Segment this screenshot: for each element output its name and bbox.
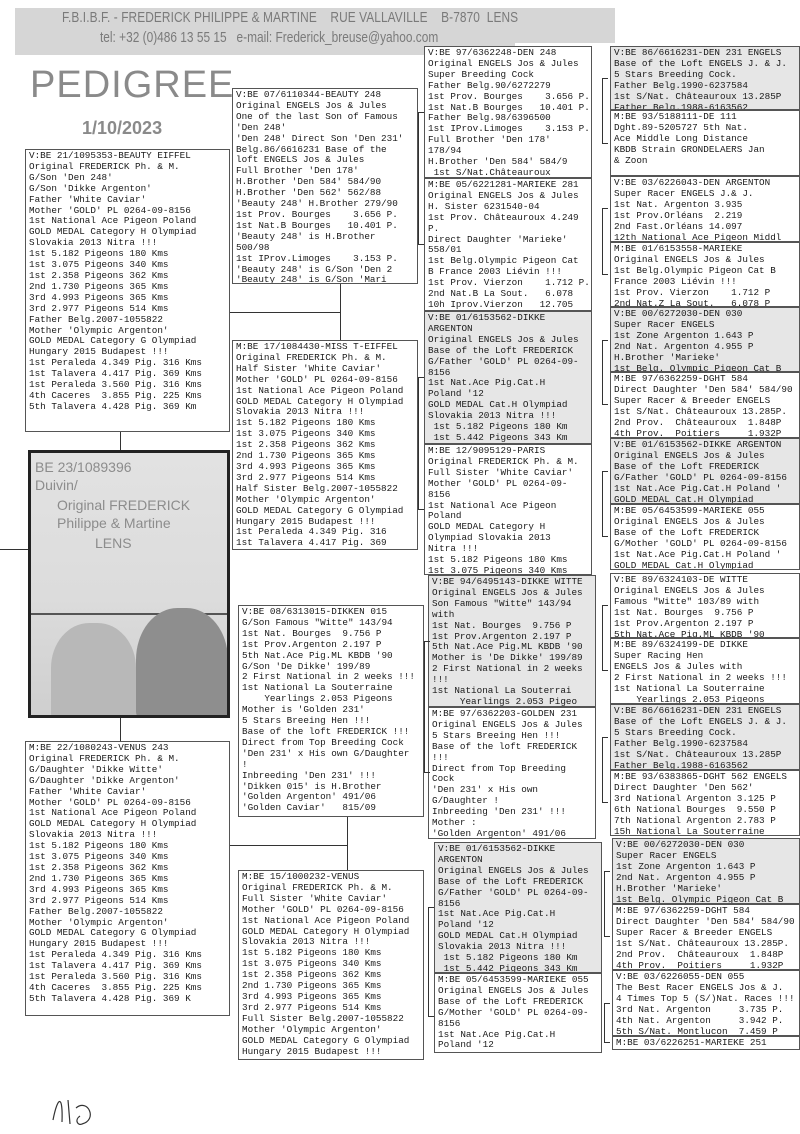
connector-bracket — [602, 605, 608, 671]
connector-bracket — [604, 1003, 610, 1043]
grandparent-card: M:BE 17/1084430-MISS T-EIFFELOriginal FR… — [232, 340, 418, 550]
pedigree-text-line: 1st National La Souterraine — [614, 684, 796, 695]
pedigree-text-line: 1st National Ace Pigeon Poland — [242, 916, 420, 927]
pedigree-text-line: 2 First National in 2 weeks — [432, 664, 592, 675]
pedigree-text-line: KBDB Strain GRONDELAERS Jan — [614, 145, 796, 156]
pedigree-text-line: 1st Nat. Bourges 9.756 P — [432, 621, 592, 632]
pedigree-text-line: Mother 'Olympic Argenton' — [242, 1025, 420, 1036]
great-great-grandparent-card: M:BE 89/6324199-DE DIKKESuper Racing Hen… — [610, 638, 800, 704]
pedigree-text-line: Base of the Loft FREDERICK — [438, 877, 598, 888]
pedigree-text-line: Base of the loft FREDERICK — [432, 742, 592, 753]
pedigree-text-line: 4th Prov. Poitiers 1.932P — [614, 429, 796, 438]
pedigree-text-line: H.Brother 'Marieke' — [616, 884, 796, 895]
pedigree-text-line: 1st S/Nat. Châteauroux 13.285P. — [616, 939, 796, 950]
pedigree-text-line: P. — [428, 224, 588, 235]
pedigree-text-line: 'Den 248' — [236, 123, 414, 134]
pedigree-text-line: G/Father 'GOLD' PL 0264-09-8156 — [614, 473, 796, 484]
pedigree-text-line: 5th Talavera 4.428 Pig. 369 K — [29, 994, 226, 1005]
pedigree-text-line: Father Belg.1988-6163562 — [614, 103, 796, 110]
pedigree-text-line: G/Father 'GOLD' PL 0264-09- — [438, 888, 598, 899]
pedigree-text-line: 1st 3.075 Pigeons 340 Kms — [428, 566, 588, 575]
subject-breeder-line1: Original FREDERICK — [57, 497, 190, 513]
pedigree-text-line: G/Father 'GOLD' PL 0264-09- — [428, 357, 588, 368]
pedigree-text-line: 1st Nat.Ace Pig.Cat.H Poland ' — [614, 550, 796, 561]
great-great-grandparent-card: V:BE 03/6226055-DEN 055The Best Racer EN… — [612, 970, 800, 1036]
pedigree-text-line: & Zoon — [614, 156, 796, 167]
pedigree-text-line: 1st Prov.Argenton 2.197 P — [242, 640, 420, 651]
pedigree-text-line: 10h Iprov.Vierzon 12.705 — [428, 300, 588, 311]
pedigree-text-line: 8156 — [438, 1019, 598, 1030]
great-grandparent-card: V:BE 97/6362248-DEN 248Original ENGELS J… — [424, 46, 592, 178]
connector-bracket — [602, 471, 608, 537]
connector-line — [340, 284, 341, 340]
pedigree-text-line: 1st Nat.Ace Pig.Cat.H Poland ' — [614, 484, 796, 495]
great-grandparent-card: M:BE 12/9095129-PARISOriginal FREDERICK … — [424, 444, 592, 575]
pedigree-text-line: 'Den 248' Direct Son 'Den 231' — [236, 134, 414, 145]
great-great-grandparent-card: M:BE 97/6362259-DGHT 584Direct Daughter … — [612, 904, 800, 970]
pedigree-text-line: Father 'White Caviar' — [29, 195, 226, 206]
pedigree-text-line: 5th Nat.Ace Pig.ML KBDB '90 — [614, 630, 796, 638]
pedigree-text-line: with — [432, 610, 592, 621]
pedigree-text-line: Father Belg.1988-6163562 — [614, 761, 796, 770]
pedigree-text-line: 4th Nat. Argenton 3.942 P. — [616, 1016, 796, 1027]
pedigree-text-line: 1st Prov.Orléans 2.219 — [614, 211, 796, 222]
great-great-grandparent-card: M:BE 97/6362259-DGHT 584Direct Daughter … — [610, 372, 800, 438]
connector-bracket — [602, 208, 608, 275]
pedigree-text-line: 6th National Bourges 9.550 P — [614, 805, 796, 816]
great-great-grandparent-card: V:BE 01/6153562-DIKKE ARGENTONOriginal E… — [610, 438, 800, 504]
great-great-grandparent-card: M:BE 01/6153558-MARIEKEOriginal ENGELS J… — [610, 242, 800, 307]
great-great-grandparent-card: M:BE 93/5188111-DE 111Dght.89-5205727 5t… — [610, 110, 800, 176]
pedigree-date: 1/10/2023 — [82, 118, 162, 139]
pedigree-text-line: Father 'White Caviar' — [29, 787, 226, 798]
pedigree-text-line: G/Daughter 'Dikke Argenton' — [29, 776, 226, 787]
connector-bracket — [424, 641, 430, 773]
pedigree-text-line: 500/98 — [236, 243, 414, 254]
pedigree-text-line: 1st Talavera 4.417 Pig. 369 — [236, 538, 414, 549]
pedigree-text-line: Mother 'GOLD' PL 0264-09-8156 — [242, 905, 420, 916]
pedigree-text-line: Father Belg.1990-6237584 — [614, 81, 796, 92]
great-great-grandparent-card: M:BE 93/6383865-DGHT 562 ENGELSDirect Da… — [610, 770, 800, 836]
letterhead-address: F.B.I.B.F. - FREDERICK PHILIPPE & MARTIN… — [62, 10, 669, 26]
subject-breeder-line3: LENS — [95, 535, 132, 551]
letterhead-contact: tel: +32 (0)486 13 55 15 e-mail: Frederi… — [100, 30, 674, 46]
connector-bracket — [604, 871, 610, 937]
pedigree-text-line: G/Mother 'GOLD' PL 0264-09-8156 — [614, 539, 796, 550]
pedigree-text-line: Mother 'GOLD' PL 0264-09-8156 — [236, 375, 414, 386]
pedigree-text-line: 1st Prov. Vierzon 1.712 P — [614, 288, 796, 299]
connector-bracket — [418, 377, 424, 510]
pedigree-text-line: Direct from Top Breeding — [432, 764, 592, 775]
pedigree-text-line: GOLD MEDAL Category G Olympiad — [236, 506, 414, 517]
connector-line — [120, 432, 121, 450]
great-great-grandparent-card: M:BE 03/6226251-MARIEKE 251 — [612, 1036, 800, 1050]
pedigree-text-line: 'Golden Argenton' 491/06 — [432, 829, 592, 839]
pedigree-text-line: Father Belg.1990-6237584 — [614, 739, 796, 750]
great-grandparent-card: V:BE 01/6153562-DIKKEARGENTONOriginal EN… — [424, 311, 592, 444]
pedigree-text-line: Hungary 2015 Budapest !!! — [242, 1047, 420, 1058]
pedigree-text-line: 3rd 2.977 Pigeons 514 Kms — [29, 304, 226, 315]
pedigree-text-line: 1st S/Nat. Châteauroux 13.285P. — [614, 407, 796, 418]
pedigree-text-line: G/Mother 'GOLD' PL 0264-09- — [438, 1008, 598, 1019]
pedigree-text-line: 3rd Nat. Argenton 3.735 P. — [616, 1005, 796, 1016]
connector-line — [230, 312, 340, 313]
great-great-grandparent-card: V:BE 03/6226043-DEN ARGENTONSuper Racer … — [610, 176, 800, 242]
connector-line — [120, 718, 121, 741]
pedigree-text-line: 1st Nat. Bourges 9.756 P — [614, 608, 796, 619]
connector-bracket — [418, 112, 424, 245]
subject-ring-number: BE 23/1089396 — [35, 459, 132, 475]
great-great-grandparent-card: M:BE 05/6453599-MARIEKE 055Original ENGE… — [610, 504, 800, 570]
pedigree-text-line: 5th Nat.Ace Pig.ML KBDB '90 — [242, 651, 420, 662]
pedigree-text-line: Father Belg.2007-1055822 — [29, 907, 226, 918]
great-great-grandparent-card: V:BE 00/6272030-DEN 030Super Racer ENGEL… — [610, 307, 800, 372]
pedigree-text-line: H.Brother 'Marieke' — [614, 353, 796, 364]
pedigree-text-line: France 2003 Liévin !!! — [614, 277, 796, 288]
pedigree-text-line: 'Golden Caviar' 815/09 — [242, 803, 420, 814]
connector-bracket — [602, 737, 608, 803]
subject-breeder-line2: Philippe & Martine — [57, 515, 171, 531]
pedigree-text-line: G/Son 'Dikke Argenton' — [29, 184, 226, 195]
pedigree-text-line: 2nd Prov. Châteauroux 1.848P — [614, 418, 796, 429]
pedigree-text-line: 1st 5.442 Pigeons 343 Km — [428, 433, 588, 444]
connector-line — [347, 817, 348, 870]
pedigree-text-line: GOLD MEDAL Category G Olympiad — [242, 1036, 420, 1047]
pedigree-text-line: 1st Prov. Bourges 3.656 P. — [428, 92, 588, 103]
pedigree-text-line: 1st S/Nat. Châteauroux 13.285P — [614, 92, 796, 103]
connector-bracket — [602, 340, 608, 405]
pedigree-text-line: 5th S/Nat. Montlucon 7.459 P — [616, 1027, 796, 1036]
pedigree-text-line: 15h National La Souterraine — [614, 827, 796, 836]
photo-person-woman — [51, 623, 136, 718]
pedigree-text-line: GOLD MEDAL Cat.H Olympiad — [614, 561, 796, 570]
grandparent-card: M:BE 15/1000232-VENUSOriginal FREDERICK … — [238, 870, 424, 1060]
page-title: PEDIGREE — [30, 64, 234, 107]
pedigree-text-line: 1st National Ace Pigeon Poland — [236, 386, 414, 397]
pedigree-text-line: GOLD MEDAL Cat.H Olympiad — [614, 495, 796, 504]
pedigree-text-line: 1st S/Nat.Châteauroux — [428, 168, 588, 178]
pedigree-text-line: 5th Talavera 4.428 Pig. 369 Km — [29, 402, 226, 413]
pedigree-text-line: 1st Prov.Argenton 2.197 P — [614, 619, 796, 630]
connector-line — [230, 845, 347, 846]
pedigree-text-line: Father Belg.90/6272279 — [428, 81, 588, 92]
pedigree-text-line: 1st Belg. Olympic Pigeon Cat B — [616, 895, 796, 904]
pedigree-text-line: 2nd Nat.Z La Sout. 6.078 P — [614, 299, 796, 307]
connector-line — [0, 549, 28, 550]
pedigree-text-line: 1st 5.442 Pigeons 343 Km — [438, 964, 598, 973]
pedigree-text-line: 2nd Nat. Argenton 4.955 P — [616, 873, 796, 884]
pedigree-text-line: 'Beauty 248' is G/Son 'Mari — [236, 275, 414, 284]
pedigree-text-line: Mother 'GOLD' PL 0264-09- — [428, 479, 588, 490]
pedigree-text-line: Yearlings 2.053 Pigeo — [432, 697, 592, 707]
pedigree-text-line: 4th Prov. Poitiers 1.932P — [616, 961, 796, 970]
great-great-grandparent-card: V:BE 86/6616231-DEN 231 ENGELSBase of th… — [610, 704, 800, 770]
pedigree-text-line: Mother 'Olympic Argenton' — [236, 495, 414, 506]
great-grandparent-card: M:BE 97/6362203-GOLDEN 231Original ENGEL… — [428, 707, 596, 839]
great-great-grandparent-card: V:BE 86/6616231-DEN 231 ENGELSBase of th… — [610, 46, 800, 110]
great-great-grandparent-card: V:BE 89/6324103-DE WITTEOriginal ENGELS … — [610, 573, 800, 638]
pedigree-text-line: 2nd Nat. Argenton 4.955 P — [614, 342, 796, 353]
grandparent-card: V:BE 07/6110344-BEAUTY 248Original ENGEL… — [232, 88, 418, 284]
great-grandparent-card: V:BE 94/6495143-DIKKE WITTEOriginal ENGE… — [428, 575, 596, 707]
subject-sex: Duivin/ — [35, 477, 78, 493]
photo-person-man — [136, 608, 228, 718]
pedigree-text-line: Inbreeding 'Den 231' !!! — [242, 771, 420, 782]
father-card: V:BE 21/1095353-BEAUTY EIFFELOriginal FR… — [25, 149, 230, 432]
signature-scribble — [48, 1090, 118, 1130]
pedigree-text-line: 2nd Fast.Orléans 14.097 — [614, 222, 796, 233]
pedigree-text-line: 3rd 2.977 Pigeons 514 Kms — [29, 896, 226, 907]
connector-bracket — [428, 907, 434, 1017]
ring-number-line: M:BE 03/6226251-MARIEKE 251 — [616, 1038, 796, 1049]
pedigree-text-line: 1st IProv.Limoges 3.153 P. — [236, 254, 414, 265]
pedigree-text-line: 7th National Argenton 2.783 P — [614, 816, 796, 827]
pedigree-text-line: 8156 — [428, 490, 588, 501]
pedigree-text-line: 12th National Ace Pigeon Middl — [614, 233, 796, 242]
pedigree-text-line: Son Famous "Witte" 143/94 — [432, 599, 592, 610]
grandparent-card: V:BE 08/6313015-DIKKEN 015G/Son Famous "… — [238, 605, 424, 817]
pedigree-text-line: 2 First National in 2 weeks !!! — [614, 673, 796, 684]
great-grandparent-card: M:BE 05/6453599-MARIEKE 055Original ENGE… — [434, 973, 602, 1053]
mother-card: M:BE 22/1080243-VENUS 243Original FREDER… — [25, 741, 230, 1016]
subject-photo-card: BE 23/1089396 Duivin/ Original FREDERICK… — [28, 450, 230, 718]
pedigree-text-line: !!! — [432, 753, 592, 764]
great-great-grandparent-card: V:BE 00/6272030-DEN 030Super Racer ENGEL… — [612, 838, 800, 904]
great-grandparent-card: M:BE 05/6221281-MARIEKE 281Original ENGE… — [424, 178, 592, 311]
pedigree-text-line: 'Den 231' x His own G/Daughter — [242, 749, 420, 760]
pedigree-text-line: Poland '12 — [438, 1040, 598, 1051]
pedigree-text-line: Father Belg.2007-1055822 — [29, 315, 226, 326]
pedigree-text-line: 1st Belg. Olympic Pigeon Cat B — [614, 364, 796, 372]
pedigree-text-line: Base of the Loft FREDERICK — [428, 346, 588, 357]
pedigree-text-line: ! — [242, 760, 420, 771]
great-grandparent-card: V:BE 01/6153562-DIKKEARGENTONOriginal EN… — [434, 842, 602, 973]
pedigree-text-line: 1st S/Nat. Châteauroux 13.285P — [614, 750, 796, 761]
pedigree-text-line: Yearlings 2.053 Pigeons — [614, 695, 796, 704]
pedigree-text-line: 1st Prov. Châteauroux 4.249 — [428, 213, 588, 224]
pedigree-text-line: 2nd Prov. Châteauroux 1.848P — [616, 950, 796, 961]
connector-bracket — [602, 78, 608, 144]
